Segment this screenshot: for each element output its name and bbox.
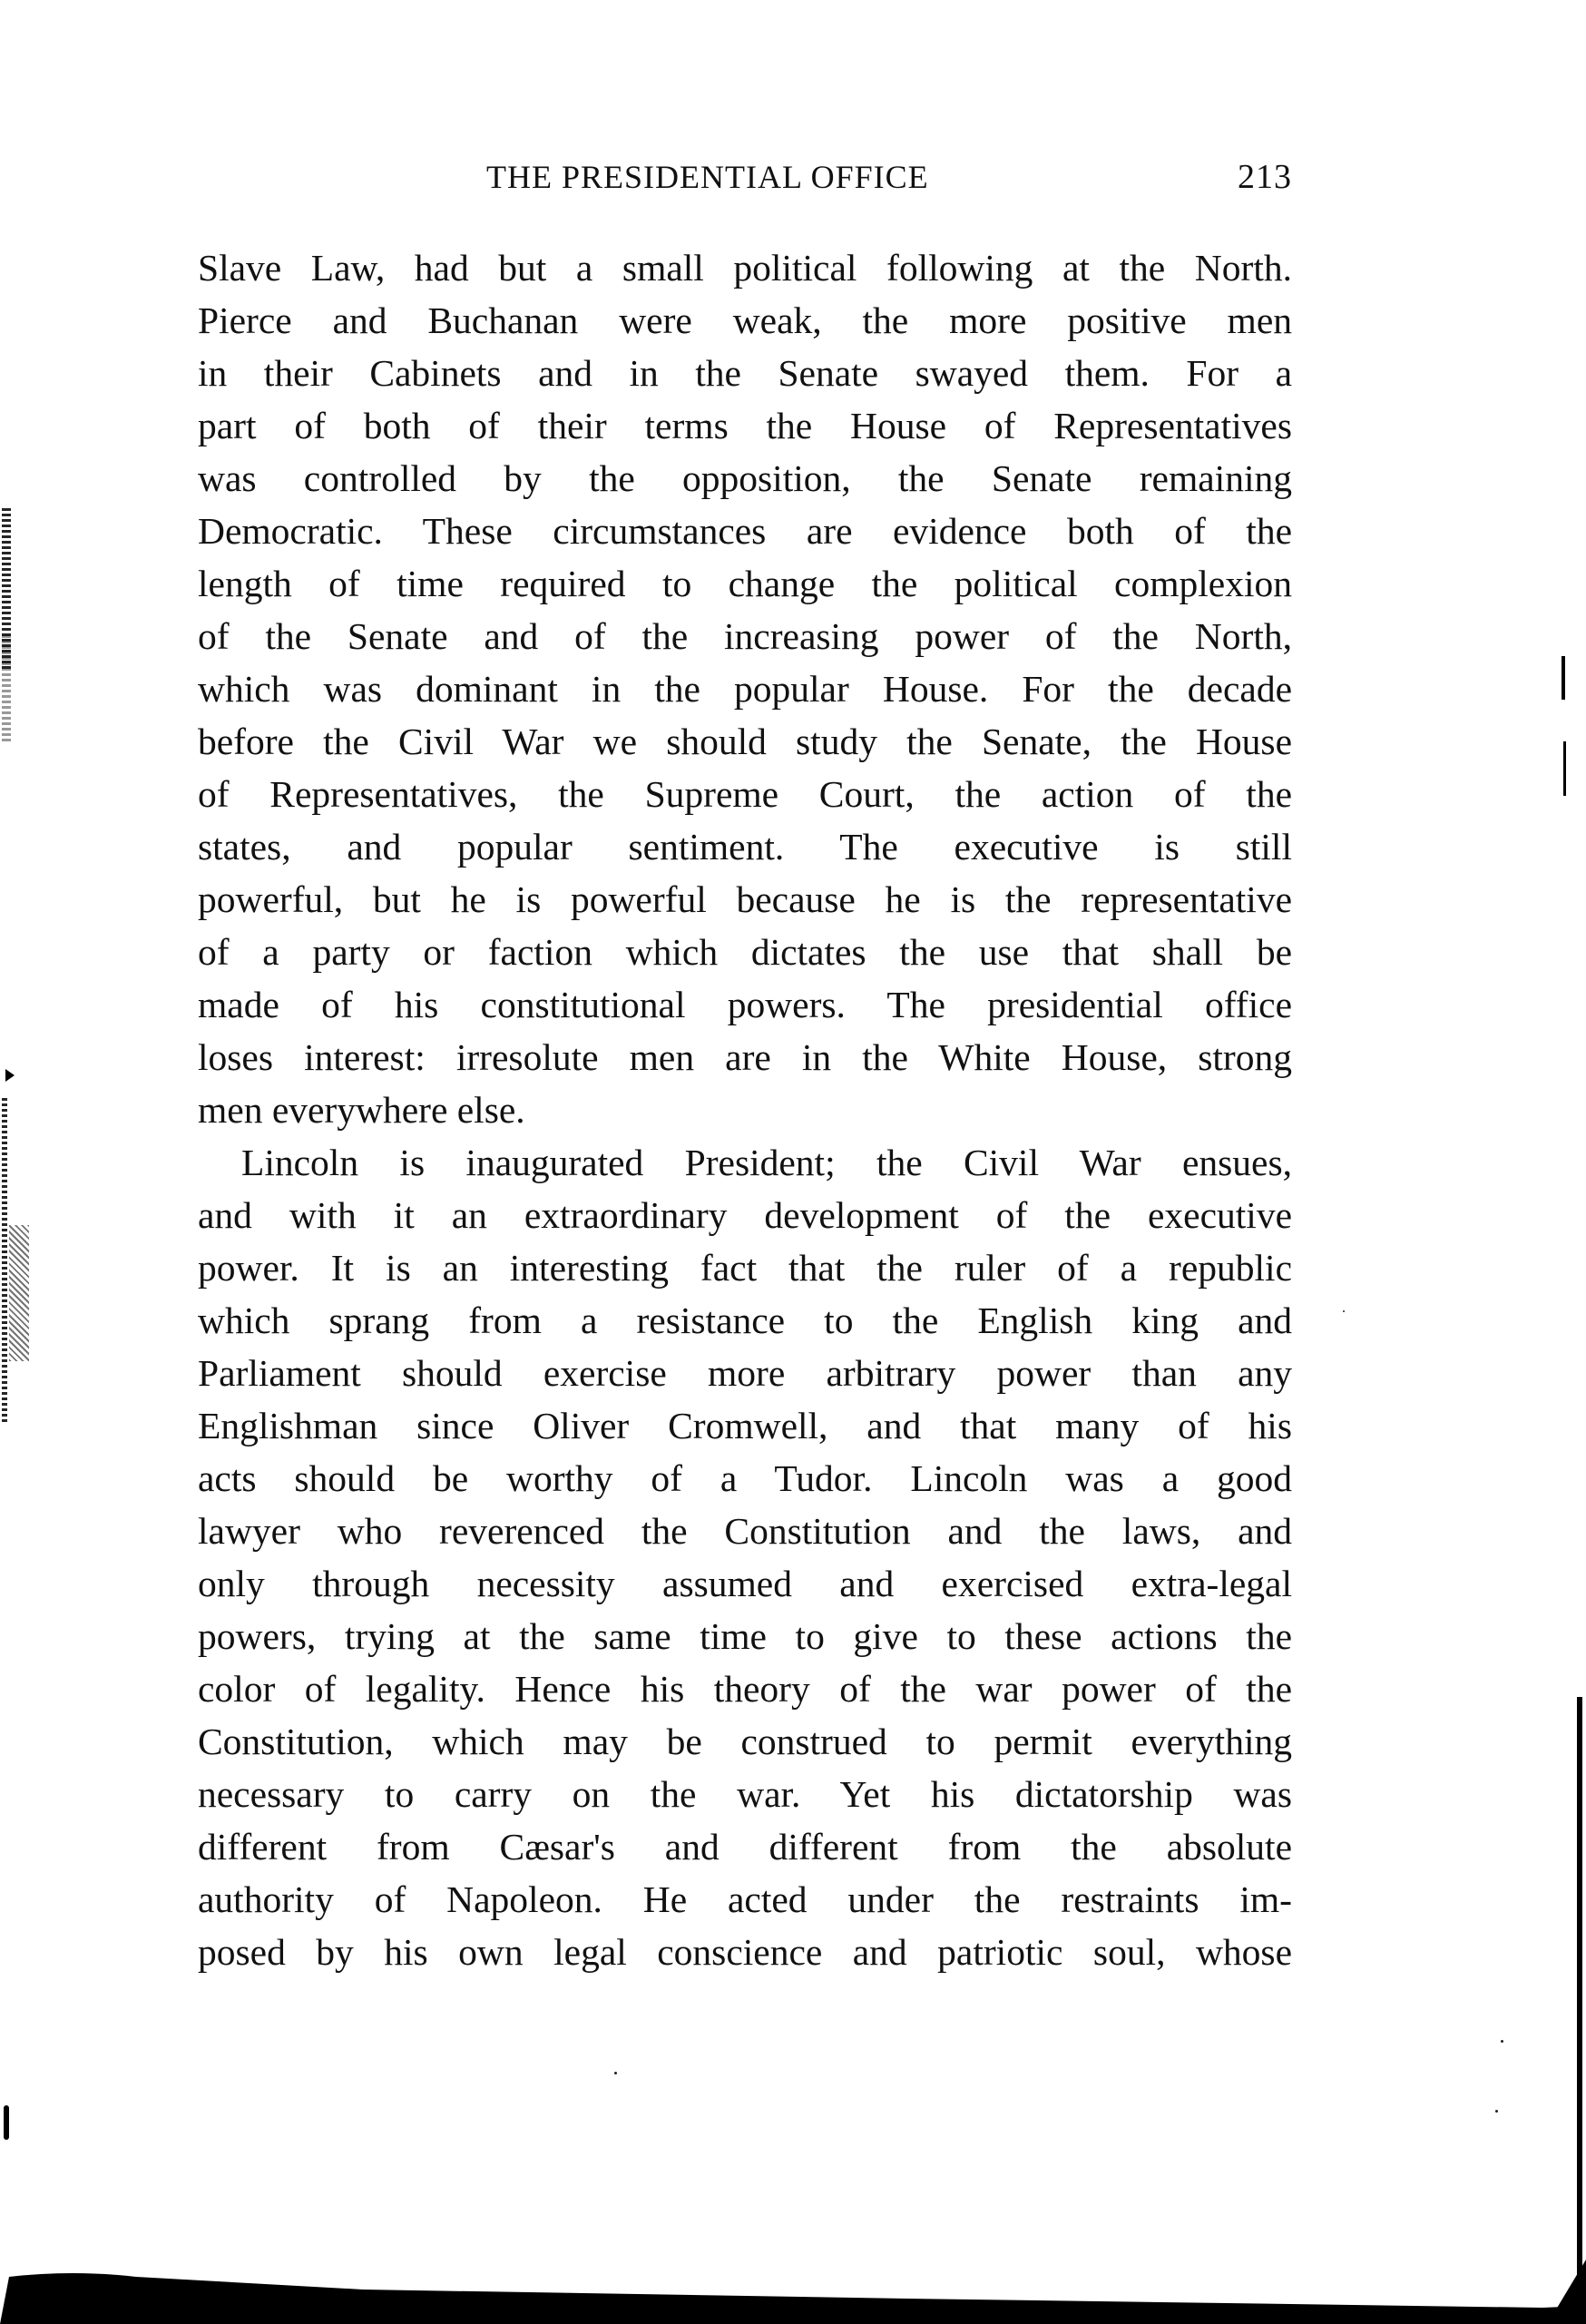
text-line: posed by his own legal conscience and pa… <box>198 1926 1292 1978</box>
scan-noise-left-lower <box>2 1098 7 1425</box>
text-line: authority of Napoleon. He acted under th… <box>198 1873 1292 1926</box>
scan-mark-right-1 <box>1562 656 1565 700</box>
page-number: 213 <box>1238 154 1292 200</box>
scan-speck <box>1343 1310 1345 1312</box>
text-line: Pierce and Buchanan were weak, the more … <box>198 294 1292 347</box>
text-line: made of his constitutional powers. The p… <box>198 978 1292 1031</box>
text-line: in their Cabinets and in the Senate sway… <box>198 347 1292 399</box>
text-line: was controlled by the opposition, the Se… <box>198 452 1292 505</box>
scan-mark-left-bottom <box>4 2105 9 2140</box>
text-line: powerful, but he is powerful because he … <box>198 873 1292 926</box>
text-line: Parliament should exercise more arbitrar… <box>198 1347 1292 1399</box>
scan-speck <box>1495 2110 1498 2113</box>
text-line: power. It is an interesting fact that th… <box>198 1241 1292 1294</box>
text-line: of the Senate and of the increasing powe… <box>198 610 1292 662</box>
text-line: Constitution, which may be construed to … <box>198 1715 1292 1768</box>
text-line: Englishman since Oliver Cromwell, and th… <box>198 1399 1292 1452</box>
scan-mark-right-2 <box>1563 741 1566 796</box>
scan-noise-left-mid <box>2 635 11 744</box>
running-title: THE PRESIDENTIAL OFFICE <box>486 154 929 200</box>
page-edge-right <box>1577 1697 1582 2305</box>
running-head: THE PRESIDENTIAL OFFICE 213 <box>198 154 1292 200</box>
scan-speck <box>614 2072 617 2074</box>
text-line: different from Cæsar's and different fro… <box>198 1820 1292 1873</box>
text-line: of a party or faction which dictates the… <box>198 926 1292 978</box>
text-line: before the Civil War we should study the… <box>198 715 1292 768</box>
text-line: loses interest: irresolute men are in th… <box>198 1031 1292 1084</box>
scan-mark-left <box>5 1069 15 1082</box>
text-line: which was dominant in the popular House.… <box>198 662 1292 715</box>
text-line: part of both of their terms the House of… <box>198 399 1292 452</box>
text-line: powers, trying at the same time to give … <box>198 1610 1292 1662</box>
text-line: Democratic. These circumstances are evid… <box>198 505 1292 557</box>
text-line: Slave Law, had but a small political fol… <box>198 241 1292 294</box>
scan-speck <box>1501 2040 1503 2043</box>
text-line: which sprang from a resistance to the En… <box>198 1294 1292 1347</box>
body-text: Slave Law, had but a small political fol… <box>198 241 1292 1978</box>
text-line: length of time required to change the po… <box>198 557 1292 610</box>
scan-smudge-left <box>9 1225 29 1361</box>
text-line: states, and popular sentiment. The execu… <box>198 820 1292 873</box>
text-line: and with it an extraordinary development… <box>198 1189 1292 1241</box>
text-line: men everywhere else. <box>198 1084 1292 1136</box>
scanned-book-page: THE PRESIDENTIAL OFFICE 213 Slave Law, h… <box>0 0 1586 2324</box>
text-line: acts should be worthy of a Tudor. Lincol… <box>198 1452 1292 1505</box>
text-line: Lincoln is inaugurated President; the Ci… <box>198 1136 1292 1189</box>
text-line: color of legality. Hence his theory of t… <box>198 1662 1292 1715</box>
text-line: lawyer who reverenced the Constitution a… <box>198 1505 1292 1557</box>
text-line: necessary to carry on the war. Yet his d… <box>198 1768 1292 1820</box>
text-line: only through necessity assumed and exerc… <box>198 1557 1292 1610</box>
page-bottom-shadow <box>0 2270 1586 2324</box>
text-line: of Representatives, the Supreme Court, t… <box>198 768 1292 820</box>
